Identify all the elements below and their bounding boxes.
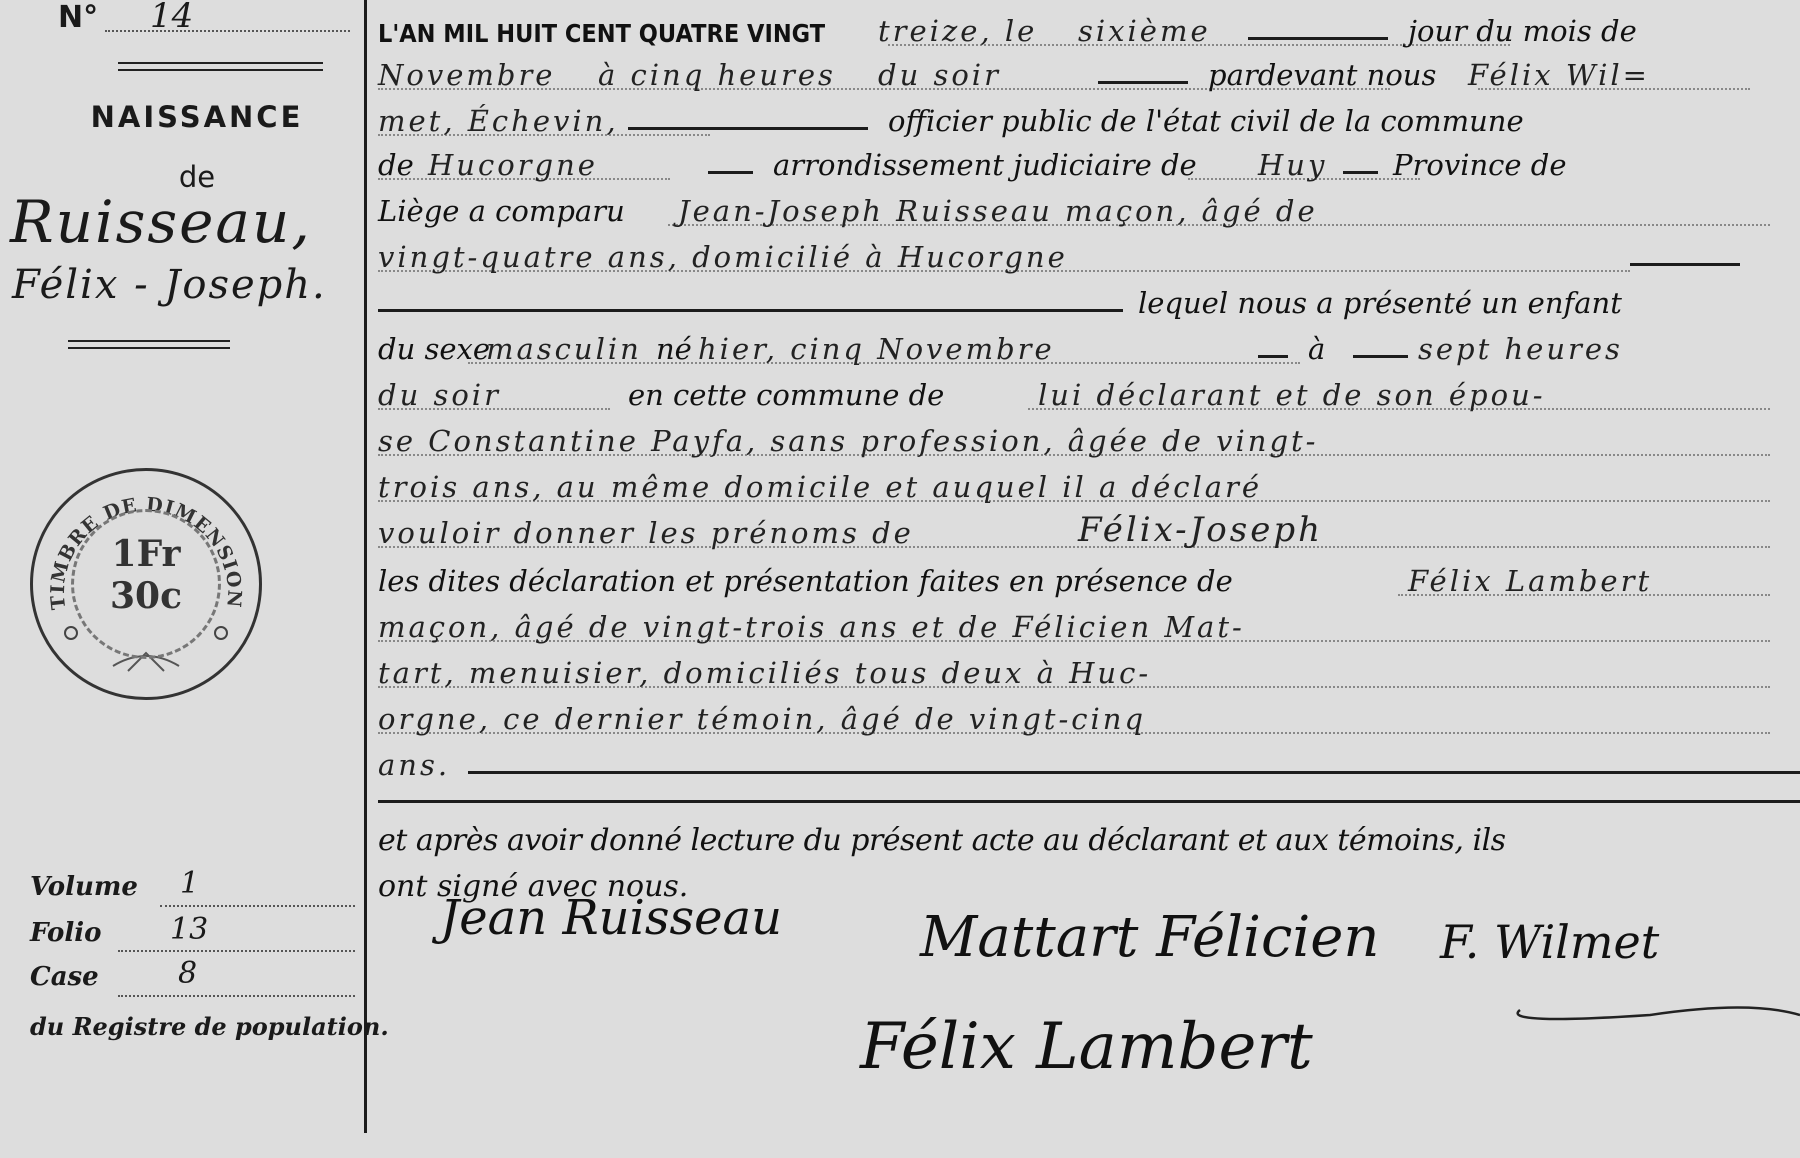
arrondissement-handwritten: Huy xyxy=(1258,148,1327,182)
signature-witness-mattart: Mattart Félicien xyxy=(920,905,1379,970)
birth-time-of-day-handwritten: du soir xyxy=(378,378,501,412)
signature-flourish-icon xyxy=(1500,990,1800,1030)
body-line-14: maçon, âgé de vingt-trois ans et de Féli… xyxy=(378,604,1770,648)
case-label: Case xyxy=(30,962,99,992)
printed-arrondissement: arrondissement judiciaire de xyxy=(773,148,1197,182)
witness1-name-handwritten: Félix Lambert xyxy=(1408,564,1652,598)
body-line-12: vouloir donner les prénoms de Félix-Jose… xyxy=(378,510,1770,554)
printed-jour-du-mois: jour du mois de xyxy=(1408,14,1637,48)
case-value: 8 xyxy=(178,956,197,991)
body-line-3: met, Échevin, officier public de l'état … xyxy=(378,98,1770,142)
printed-officier-public: officier public de l'état civil de la co… xyxy=(888,104,1524,138)
child-given-names: Félix - Joseph. xyxy=(12,262,327,308)
printed-pardevant-nous: pardevant nous xyxy=(1208,58,1436,92)
body-line-10: se Constantine Payfa, sans profession, â… xyxy=(378,418,1770,462)
prenoms-intro-handwritten: vouloir donner les prénoms de xyxy=(378,516,914,550)
record-number-dotted-line xyxy=(105,30,350,32)
child-prenoms-handwritten: Félix-Joseph xyxy=(1078,510,1323,550)
witness2-details-handwritten: tart, menuisier, domiciliés tous deux à … xyxy=(378,656,1151,690)
body-line-16: orgne, ce dernier témoin, âgé de vingt-c… xyxy=(378,696,1770,740)
folio-dotted-line xyxy=(118,950,355,952)
mother-handwritten: se Constantine Payfa, sans profession, â… xyxy=(378,424,1318,458)
printed-du-sexe: du sexe xyxy=(378,332,490,366)
parent-relation-handwritten: lui déclarant et de son épou- xyxy=(1038,378,1546,412)
stamp-value-francs: 1Fr xyxy=(33,533,259,575)
commune-handwritten: Hucorgne xyxy=(428,148,598,182)
revenue-stamp: TIMBRE DE DIMENSION 1Fr 30c xyxy=(30,468,262,700)
printed-a: à xyxy=(1308,332,1325,366)
ans-handwritten: ans. xyxy=(378,748,450,782)
sex-handwritten: masculin xyxy=(486,332,642,366)
printed-year-prefix: L'AN MIL HUIT CENT QUATRE VINGT xyxy=(378,19,825,48)
signature-witness-lambert: Félix Lambert xyxy=(860,1010,1313,1084)
volume-label: Volume xyxy=(30,872,138,902)
body-line-2: Novembre à cinq heures du soir pardevant… xyxy=(378,52,1770,96)
day-handwritten: sixième xyxy=(1078,14,1211,48)
body-line-6: vingt-quatre ans, domicilié à Hucorgne xyxy=(378,234,1770,278)
stamp-value-centimes: 30c xyxy=(33,575,259,617)
witnesses-details-handwritten: maçon, âgé de vingt-trois ans et de Féli… xyxy=(378,610,1245,644)
body-line-7: lequel nous a présenté un enfant xyxy=(378,280,1770,324)
birth-hour-handwritten: sept heures xyxy=(1418,332,1623,366)
section-separator xyxy=(378,800,1800,803)
body-line-15: tart, menuisier, domiciliés tous deux à … xyxy=(378,650,1770,694)
signature-officer-wilmet: F. Wilmet xyxy=(1440,915,1659,969)
body-line-11: trois ans, au même domicile et auquel il… xyxy=(378,464,1770,508)
margin-divider xyxy=(364,0,367,1133)
printed-liege-a-comparu: Liège a comparu xyxy=(378,194,625,228)
folio-value: 13 xyxy=(170,912,208,947)
record-number-label: N° xyxy=(58,0,98,35)
birth-record-page: N° 14 NAISSANCE de Ruisseau, Félix - Jos… xyxy=(0,0,1800,1158)
child-surname: Ruisseau, xyxy=(10,188,312,256)
month-handwritten: Novembre xyxy=(378,58,555,92)
double-rule-bottom xyxy=(68,340,230,349)
volume-value: 1 xyxy=(180,866,199,901)
printed-province-de: Province de xyxy=(1393,148,1567,182)
body-line-5: Liège a comparu Jean-Joseph Ruisseau maç… xyxy=(378,188,1770,232)
case-dotted-line xyxy=(118,995,355,997)
hour-handwritten: à cinq heures xyxy=(598,58,836,92)
year-suffix-handwritten: treize, le xyxy=(878,14,1037,48)
body-line-13: les dites déclaration et présentation fa… xyxy=(378,558,1770,602)
printed-closing-1: et après avoir donné lecture du présent … xyxy=(378,823,1506,858)
double-rule-top xyxy=(118,62,323,71)
witness2-age-handwritten: orgne, ce dernier témoin, âgé de vingt-c… xyxy=(378,702,1146,736)
declarant-age-residence-handwritten: vingt-quatre ans, domicilié à Hucorgne xyxy=(378,240,1068,274)
time-of-day-handwritten: du soir xyxy=(878,58,1001,92)
register-footer: du Registre de population. xyxy=(30,1012,389,1041)
birth-date-handwritten: hier, cinq Novembre xyxy=(698,332,1055,366)
officer-title-handwritten: met, Échevin, xyxy=(378,104,619,138)
printed-lequel-nous-a-presente: lequel nous a présenté un enfant xyxy=(1138,286,1622,320)
mother-age-domicile-handwritten: trois ans, au même domicile et auquel il… xyxy=(378,470,1262,504)
folio-label: Folio xyxy=(30,918,101,948)
body-line-17: ans. xyxy=(378,742,1770,786)
volume-dotted-line xyxy=(160,905,355,907)
body-line-9: du soir en cette commune de lui déclaran… xyxy=(378,372,1770,416)
printed-en-cette-commune: en cette commune de xyxy=(628,378,944,412)
declarant-handwritten: Jean-Joseph Ruisseau maçon, âgé de xyxy=(678,194,1318,228)
body-line-1: L'AN MIL HUIT CENT QUATRE VINGT treize, … xyxy=(378,8,1770,52)
officer-name-handwritten: Félix Wil= xyxy=(1468,58,1650,92)
body-line-8: du sexe masculin né hier, cinq Novembre … xyxy=(378,326,1770,370)
printed-les-dites-declaration: les dites déclaration et présentation fa… xyxy=(378,564,1233,598)
closing-line-1: et après avoir donné lecture du présent … xyxy=(378,818,1770,862)
printed-ne: né xyxy=(656,332,692,366)
printed-de: de xyxy=(378,148,414,182)
signature-declarant: Jean Ruisseau xyxy=(440,890,782,946)
body-line-4: de Hucorgne arrondissement judiciaire de… xyxy=(378,142,1770,186)
record-type-title: NAISSANCE xyxy=(74,100,320,134)
